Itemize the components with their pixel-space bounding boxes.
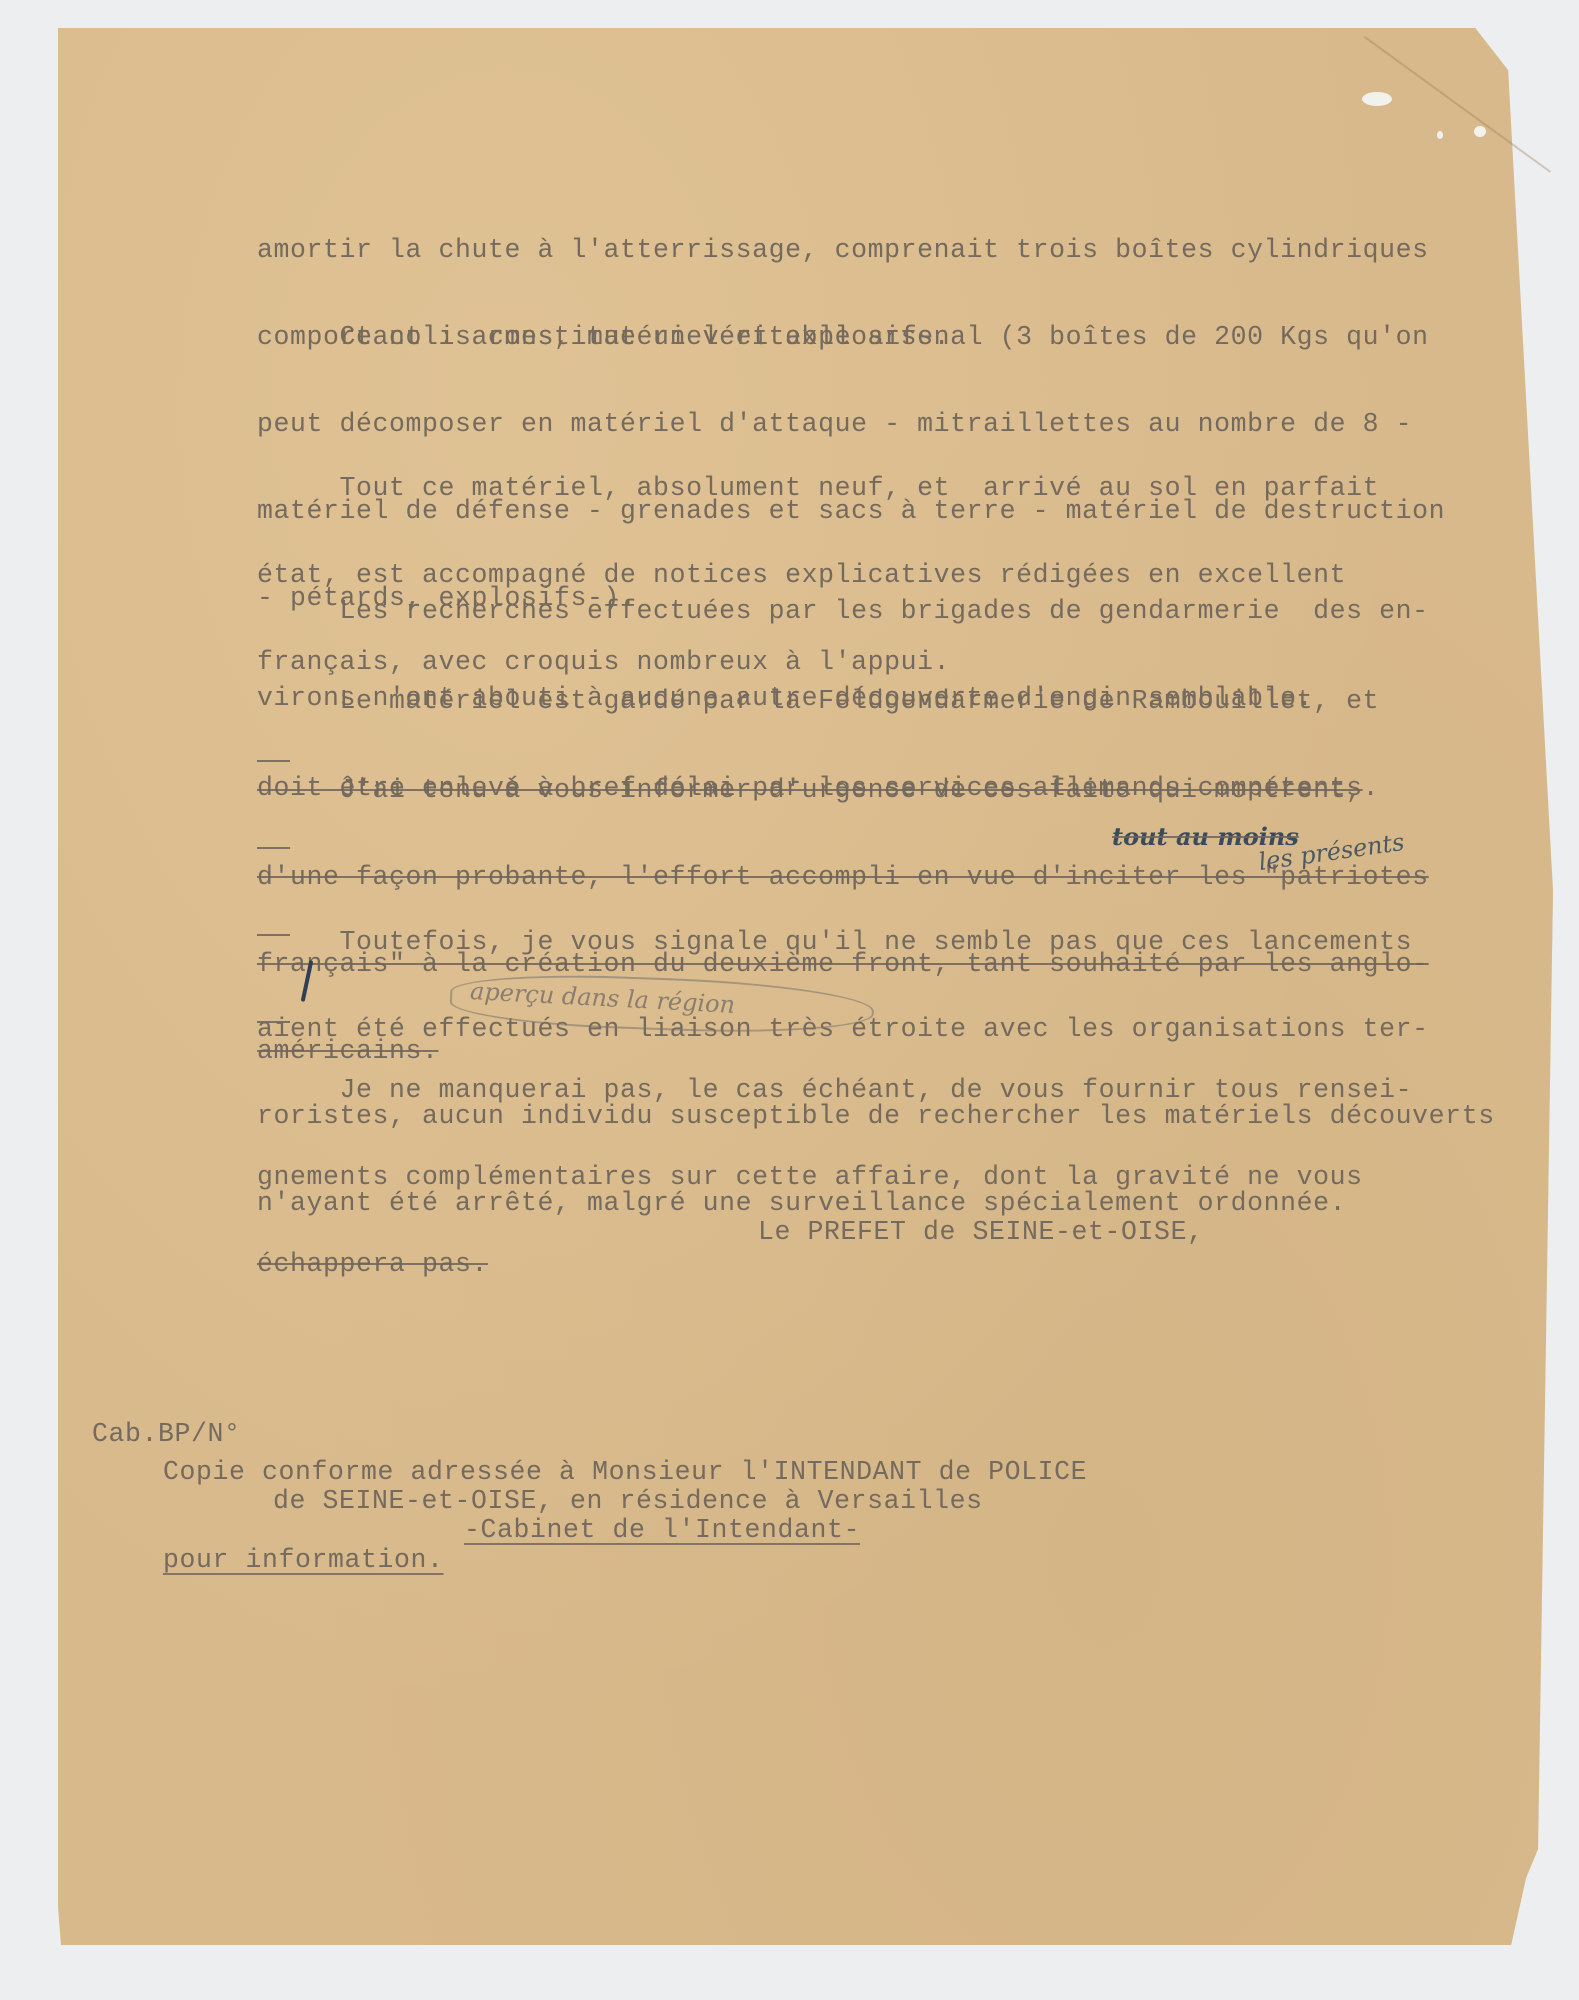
text-line: Je ne manquerai pas, le cas échéant, de … [257, 1076, 1412, 1105]
copy-line-1: Copie conforme adressée à Monsieur l'INT… [163, 1458, 1087, 1487]
text-line: gnements complémentaires sur cette affai… [257, 1163, 1412, 1192]
text-line: amortir la chute à l'atterrissage, compr… [257, 236, 1429, 265]
reference-number: Cab.BP/N° [92, 1420, 241, 1449]
copy-line-2: de SEINE-et-OISE, en résidence à Versail… [273, 1487, 983, 1516]
paper-hole [1474, 126, 1486, 137]
text-line strike: échappera pas. [257, 1250, 1412, 1279]
copy-line-4: pour information. [163, 1546, 444, 1575]
paper-hole [1362, 92, 1392, 106]
text-line: Tout ce matériel, absolument neuf, et ar… [257, 474, 1379, 503]
text-line: Toutefois, je vous signale qu'il ne semb… [257, 928, 1495, 957]
text-line: Les recherches effectuées par les brigad… [257, 597, 1429, 626]
text-line: Ce colis constitue un véritable arsenal … [257, 323, 1445, 352]
signature: Le PREFET de SEINE-et-OISE, [758, 1218, 1204, 1247]
text-line: Le matériel est gardé par la Feldgendarm… [257, 687, 1379, 716]
copy-line-3: -Cabinet de l'Intendant- [464, 1516, 860, 1545]
paper-hole [1437, 131, 1443, 139]
text-line: J'ai tenu à vous informer d'urgence de c… [257, 776, 1429, 805]
paragraph-8: Je ne manquerai pas, le cas échéant, de … [257, 1018, 1412, 1308]
